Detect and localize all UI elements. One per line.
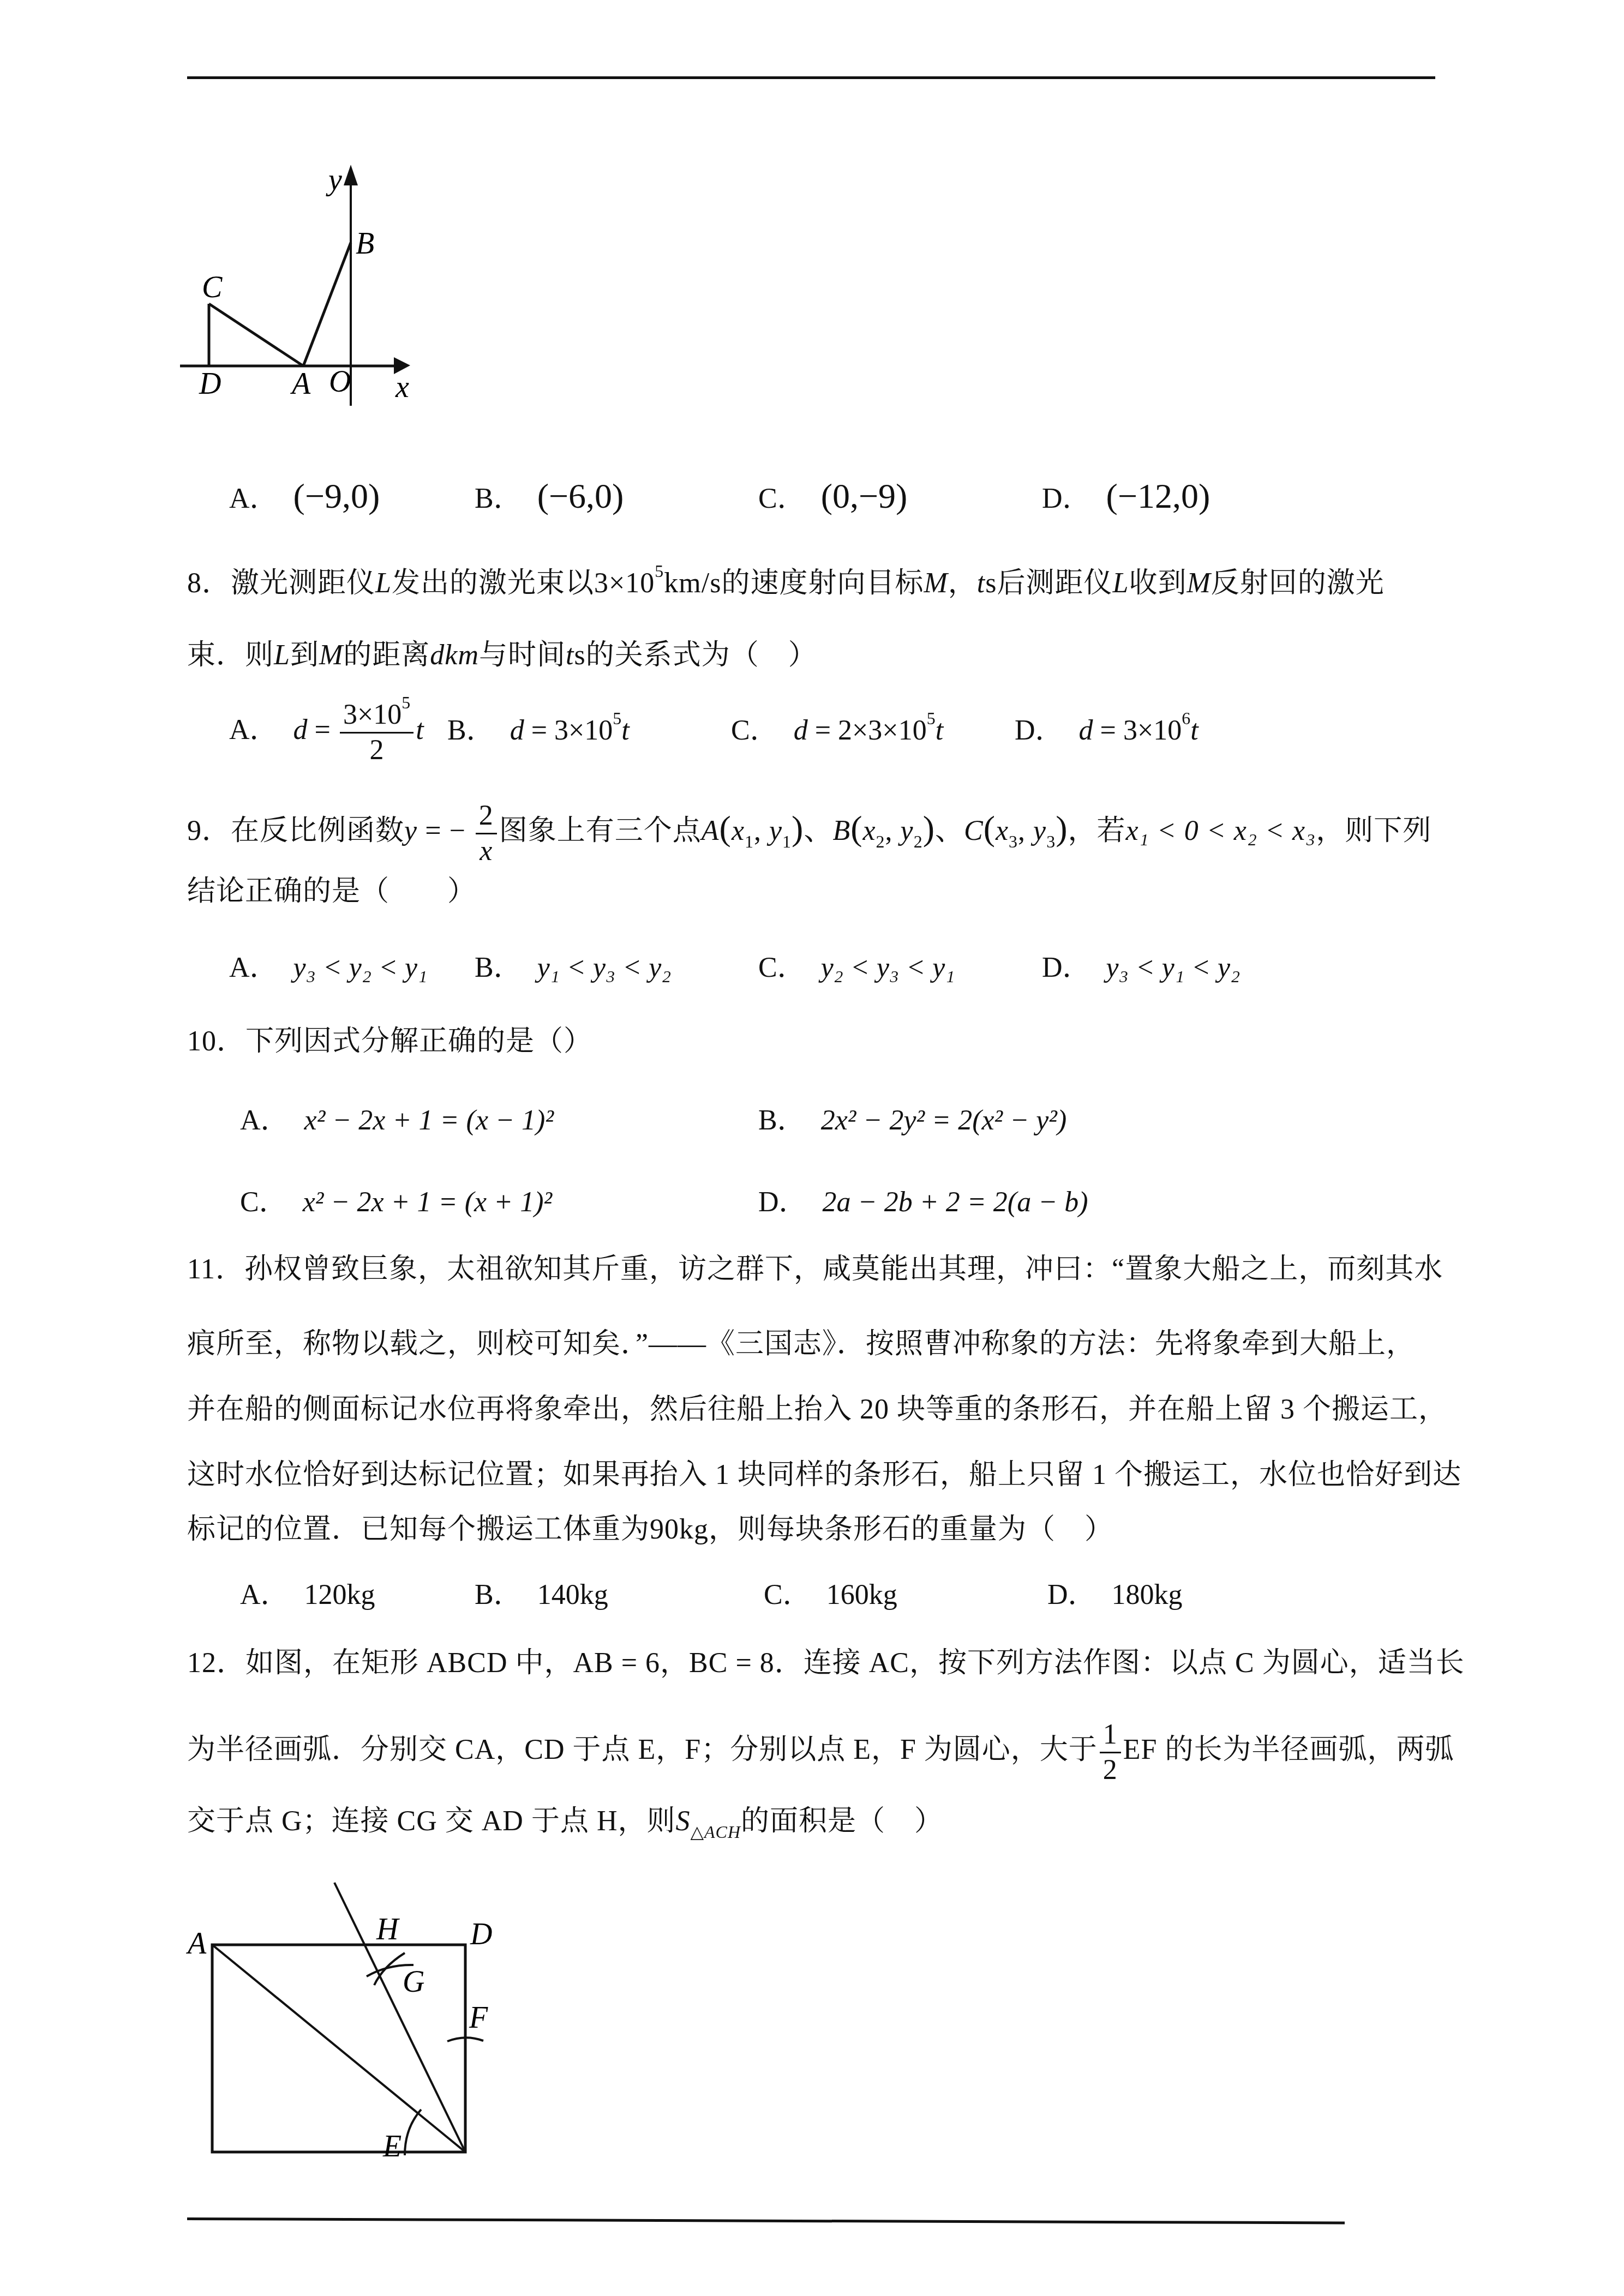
speed-unit: km/s — [664, 568, 721, 599]
var-t: t — [936, 715, 943, 746]
var-d: d — [1079, 715, 1093, 746]
exponent: 5 — [401, 693, 410, 712]
option-value: (−12,0) — [1106, 477, 1210, 515]
option-label: B． — [475, 952, 522, 983]
q9-line-2: 结论正确的是（ ） — [187, 875, 476, 908]
exponent: 5 — [927, 708, 936, 728]
q8-line-1: 8．激光测距仪L发出的激光束以3×105km/s的速度射向目标M，ts后测距仪L… — [187, 567, 1385, 600]
denominator: 2 — [340, 734, 414, 767]
text: 在反比例函数 — [231, 815, 404, 846]
text: 如图，在矩形 ABCD 中，AB = 6，BC = 8．连接 AC，按下列方法作… — [245, 1648, 1465, 1679]
var-t: t — [621, 715, 629, 746]
text: 束．则 — [187, 640, 274, 671]
option-value: (−6,0) — [537, 477, 624, 515]
q12-line-2: 为半径画弧．分别交 CA，CD 于点 E，F；分别以点 E，F 为圆心，大于12… — [187, 1718, 1454, 1787]
label-A: A — [185, 1927, 207, 1961]
q11-line-3: 并在船的侧面标记水位再将象牵出，然后往船上抬入 20 块等重的条形石，并在船上留… — [187, 1393, 1447, 1426]
label-B: B — [356, 227, 374, 261]
text: EF 的长为半径画弧，两弧 — [1123, 1734, 1454, 1765]
text: 收到 — [1129, 568, 1186, 599]
text: ，则下列 — [1316, 815, 1431, 846]
q7-coordinate-figure: y B C D A O x — [164, 136, 600, 464]
question-number: 11． — [187, 1254, 244, 1285]
q8-line-2: 束．则L到M的距离dkm与时间ts的关系式为（ ） — [187, 639, 817, 672]
text: 的距离 — [343, 640, 430, 671]
text: 与时间 — [479, 640, 566, 671]
q11-line-5: 标记的位置．已知每个搬运工体重为90kg，则每块条形石的重量为（ ） — [187, 1513, 1113, 1546]
label-C: C — [202, 271, 223, 304]
var-M: M — [924, 568, 948, 599]
option-value: y₃ < y₁ < y₂ — [1106, 952, 1241, 983]
text: 标记的位置．已知每个搬运工体重为90kg，则每块条形石的重量为（ ） — [187, 1514, 1113, 1545]
label-A: A — [290, 367, 311, 401]
question-number: 8． — [187, 568, 231, 599]
option-label: A． — [229, 483, 278, 514]
q8-option-c[interactable]: C．d = 2×3×105t — [731, 714, 943, 747]
var-d: d — [293, 714, 308, 746]
numerator: 3×10 — [343, 699, 401, 730]
text: 的面积是（ ） — [741, 1806, 943, 1837]
label-D: D — [470, 1918, 492, 1951]
q11-line-2: 痕所至，称物以载之，则校可知矣．”——《三国志》．按照曹冲称象的方法：先将象牵到… — [187, 1328, 1415, 1361]
option-label: D． — [1015, 715, 1064, 746]
point-B: B — [832, 815, 850, 846]
option-label: B． — [447, 715, 495, 746]
denominator: x — [476, 834, 497, 868]
option-value: 2a − 2b + 2 = 2(a − b) — [823, 1187, 1088, 1218]
label-F: F — [469, 2001, 488, 2035]
q9-line-1: 9．在反比例函数y = − 2x图象上有三个点A(x1, y1)、B(x2, y… — [187, 799, 1431, 868]
text: 为半径画弧．分别交 CA，CD 于点 E，F；分别以点 E，F 为圆心，大于 — [187, 1734, 1098, 1765]
question-number: 10． — [187, 1026, 245, 1057]
sep: 、 — [804, 815, 832, 846]
unit-s: s — [574, 640, 585, 671]
condition: x₁ < 0 < x₂ < x₃ — [1126, 815, 1316, 846]
text: 反射回的激光 — [1211, 568, 1385, 599]
option-value: 120kg — [304, 1579, 375, 1610]
label-x: x — [395, 370, 409, 404]
option-label: A． — [229, 714, 278, 746]
option-value: 2x² − 2y² = 2(x² − y²) — [821, 1105, 1067, 1136]
text: ，若 — [1068, 815, 1125, 846]
exponent: 5 — [613, 708, 621, 728]
option-label: C． — [758, 952, 806, 983]
sep: 、 — [935, 815, 964, 846]
speed-exp: 5 — [655, 561, 664, 581]
var-L: L — [375, 568, 392, 599]
option-value: x² − 2x + 1 = (x − 1)² — [304, 1105, 554, 1136]
var-t: t — [566, 640, 574, 671]
footer-rule — [187, 2217, 1345, 2224]
option-value: (0,−9) — [821, 477, 908, 515]
q9-option-b[interactable]: B．y₁ < y₃ < y₂ — [475, 952, 671, 984]
var-L: L — [1113, 568, 1129, 599]
var-S: S — [675, 1806, 690, 1837]
text: 的速度射向目标 — [721, 568, 924, 599]
text: 孙权曾致巨象，太祖欲知其斤重，访之群下，咸莫能出其理，冲曰：“置象大船之上，而刻… — [244, 1254, 1443, 1285]
unit-s: s — [985, 568, 997, 599]
q10-line-1: 10．下列因式分解正确的是（） — [187, 1025, 592, 1058]
label-G: G — [403, 1965, 424, 1999]
option-label: A． — [240, 1579, 289, 1610]
var-L: L — [274, 640, 290, 671]
q8-option-d[interactable]: D．d = 3×106t — [1015, 714, 1198, 747]
q11-option-b[interactable]: B．140kg — [475, 1579, 608, 1612]
expr: 3×10 — [554, 715, 613, 746]
numerator: 2 — [476, 799, 497, 834]
q9-option-c[interactable]: C．y₂ < y₃ < y₁ — [758, 952, 955, 984]
option-label: D． — [1042, 952, 1091, 983]
q11-option-c[interactable]: C．160kg — [764, 1579, 897, 1612]
q12-rectangle-figure: A H D G F E B C — [180, 1871, 562, 2165]
q7-option-d[interactable]: D．(−12,0) — [1042, 480, 1210, 515]
option-value: y₂ < y₃ < y₁ — [821, 952, 955, 983]
text: ， — [948, 568, 977, 599]
var-y: y — [404, 815, 417, 846]
question-number: 12． — [187, 1648, 245, 1679]
option-label: B． — [758, 1105, 806, 1136]
label-D: D — [199, 367, 221, 401]
text: 发出的激光束以 — [392, 568, 594, 599]
label-y: y — [326, 163, 342, 197]
fraction-half: 12 — [1100, 1718, 1121, 1787]
q12-line-3: 交于点 G；连接 CG 交 AD 于点 H，则S△ACH的面积是（ ） — [187, 1805, 943, 1838]
q11-option-d[interactable]: D．180kg — [1047, 1579, 1183, 1612]
option-label: C． — [764, 1579, 811, 1610]
q7-option-a[interactable]: A．(−9,0) — [229, 480, 380, 515]
var-t: t — [1190, 715, 1198, 746]
var-d: d — [794, 715, 808, 746]
q9-option-d[interactable]: D．y₃ < y₁ < y₂ — [1042, 952, 1240, 984]
expr: 3×10 — [1123, 715, 1182, 746]
option-label: A． — [240, 1105, 289, 1136]
q11-line-1: 11．孙权曾致巨象，太祖欲知其斤重，访之群下，咸莫能出其理，冲曰：“置象大船之上… — [187, 1253, 1443, 1286]
var-t: t — [416, 714, 423, 746]
q7-option-b[interactable]: B．(−6,0) — [475, 480, 624, 515]
text: 交于点 G；连接 CG 交 AD 于点 H，则 — [187, 1806, 675, 1837]
q9-option-a[interactable]: A．y₃ < y₂ < y₁ — [229, 952, 427, 984]
var-M: M — [1186, 568, 1210, 599]
option-label: D． — [1042, 483, 1091, 514]
q10-option-a[interactable]: A．x² − 2x + 1 = (x − 1)² — [240, 1104, 554, 1137]
option-label: D． — [1047, 1579, 1096, 1610]
option-label: C． — [731, 715, 778, 746]
text: 的关系式为（ ） — [586, 640, 817, 671]
point-A: A — [702, 815, 720, 846]
text: 这时水位恰好到达标记位置；如果再抬入 1 块同样的条形石，船上只留 1 个搬运工… — [187, 1459, 1461, 1490]
speed-base: 3×10 — [594, 568, 655, 599]
q8-option-a[interactable]: A．d = 3×1052t — [229, 698, 424, 767]
q11-option-a[interactable]: A．120kg — [240, 1579, 375, 1612]
option-value: y₃ < y₂ < y₁ — [293, 952, 428, 983]
option-label: C． — [240, 1187, 287, 1218]
var-M: M — [319, 640, 343, 671]
text: 下列因式分解正确的是（） — [245, 1026, 592, 1057]
fraction: 2x — [476, 799, 497, 868]
option-value: x² − 2x + 1 = (x + 1)² — [303, 1187, 552, 1218]
option-value: 140kg — [537, 1579, 608, 1610]
denominator: 2 — [1100, 1753, 1121, 1787]
var-dkm: dkm — [430, 640, 479, 671]
q7-option-c[interactable]: C．(0,−9) — [758, 480, 907, 515]
point-C: C — [964, 815, 984, 846]
option-value: (−9,0) — [293, 477, 380, 515]
header-rule — [187, 76, 1435, 79]
numerator: 1 — [1100, 1718, 1121, 1753]
option-label: B． — [475, 1579, 522, 1610]
q10-option-c[interactable]: C．x² − 2x + 1 = (x + 1)² — [240, 1186, 552, 1219]
text: 痕所至，称物以载之，则校可知矣．”——《三国志》．按照曹冲称象的方法：先将象牵到… — [187, 1329, 1415, 1360]
option-label: A． — [229, 952, 278, 983]
expr: 2×3×10 — [838, 715, 927, 746]
label-O: O — [329, 365, 351, 399]
var-t: t — [977, 568, 985, 599]
text: 结论正确的是（ ） — [187, 876, 476, 907]
option-value: y₁ < y₃ < y₂ — [537, 952, 672, 983]
text: 激光测距仪 — [231, 568, 375, 599]
text: 后测距仪 — [997, 568, 1113, 599]
q8-option-b[interactable]: B．d = 3×105t — [447, 714, 630, 747]
text: 并在船的侧面标记水位再将象牵出，然后往船上抬入 20 块等重的条形石，并在船上留… — [187, 1394, 1447, 1425]
option-label: B． — [475, 483, 522, 514]
exponent: 6 — [1182, 708, 1190, 728]
text: 图象上有三个点 — [499, 815, 702, 846]
text: 到 — [290, 640, 319, 671]
var-d: d — [510, 715, 524, 746]
fraction: 3×1052 — [340, 698, 414, 767]
area-subscript: △ACH — [690, 1822, 741, 1842]
q10-option-d[interactable]: D．2a − 2b + 2 = 2(a − b) — [758, 1186, 1088, 1219]
q12-line-1: 12．如图，在矩形 ABCD 中，AB = 6，BC = 8．连接 AC，按下列… — [187, 1647, 1465, 1680]
q10-option-b[interactable]: B．2x² − 2y² = 2(x² − y²) — [758, 1104, 1066, 1137]
question-number: 9． — [187, 815, 231, 846]
q11-line-4: 这时水位恰好到达标记位置；如果再抬入 1 块同样的条形石，船上只留 1 个搬运工… — [187, 1459, 1461, 1492]
option-label: C． — [758, 483, 806, 514]
label-E: E — [382, 2130, 401, 2163]
label-H: H — [376, 1913, 400, 1946]
option-value: 180kg — [1112, 1579, 1183, 1610]
option-value: 160kg — [826, 1579, 897, 1610]
option-label: D． — [758, 1187, 807, 1218]
